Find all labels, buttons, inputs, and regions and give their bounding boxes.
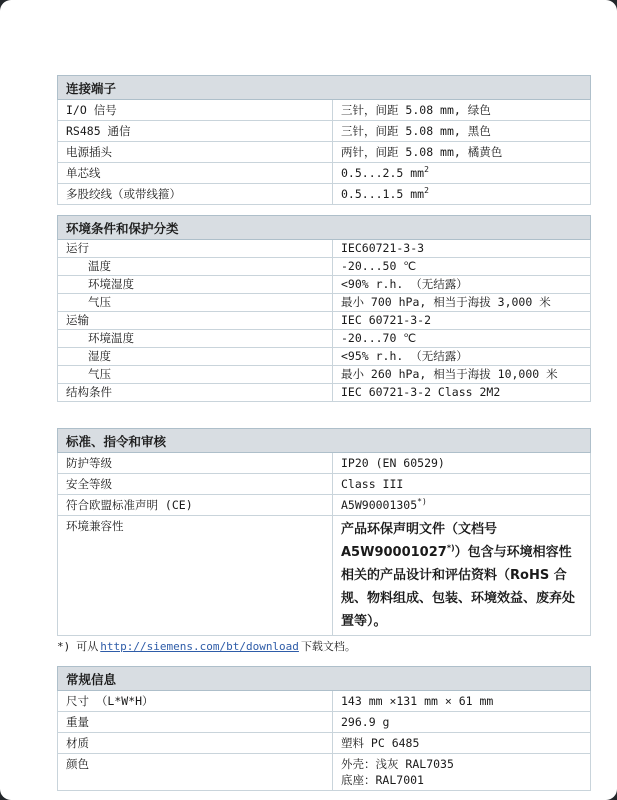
row-label: 重量 [58, 712, 333, 733]
download-link[interactable]: http://siemens.com/bt/download [100, 640, 299, 653]
standards-directives-table: 标准、指令和审核 防护等级 IP20 (EN 60529) 安全等级 Class… [57, 428, 591, 636]
general-info-table: 常规信息 尺寸 （L*W*H） 143 mm ×131 mm × 61 mm 重… [57, 666, 591, 791]
superscript: 2 [424, 165, 429, 174]
row-value: IEC60721-3-3 [333, 240, 591, 258]
table-title: 连接端子 [58, 76, 591, 100]
superscript: *) [417, 497, 427, 506]
row-label: 环境兼容性 [58, 516, 333, 636]
row-label: 环境湿度 [58, 276, 333, 294]
row-label: 单芯线 [58, 163, 333, 184]
row-value: IEC 60721-3-2 [333, 312, 591, 330]
footnote-marker: *) [57, 640, 70, 653]
table-row: 运输 IEC 60721-3-2 [58, 312, 591, 330]
table-row: 运行 IEC60721-3-3 [58, 240, 591, 258]
row-label: 符合欧盟标准声明 (CE) [58, 495, 333, 516]
row-label: 防护等级 [58, 453, 333, 474]
row-label: I/O 信号 [58, 100, 333, 121]
row-label: 结构条件 [58, 384, 333, 402]
table-row: 符合欧盟标准声明 (CE) A5W90001305*) [58, 495, 591, 516]
footnote-text-pre: 可从 [76, 640, 98, 653]
row-label: RS485 通信 [58, 121, 333, 142]
row-value: 三针，间距 5.08 mm, 绿色 [333, 100, 591, 121]
table-row: 多股绞线（或带线箍） 0.5...1.5 mm2 [58, 184, 591, 205]
table-row: 单芯线 0.5...2.5 mm2 [58, 163, 591, 184]
row-label: 气压 [58, 366, 333, 384]
table-row: 结构条件 IEC 60721-3-2 Class 2M2 [58, 384, 591, 402]
table-row: 气压 最小 700 hPa, 相当于海拔 3,000 米 [58, 294, 591, 312]
row-label: 材质 [58, 733, 333, 754]
table-row: 环境温度 -20...70 ℃ [58, 330, 591, 348]
row-label: 环境温度 [58, 330, 333, 348]
row-value: 产品环保声明文件（文档号 A5W90001027*)）包含与环境相容性相关的产品… [333, 516, 591, 636]
row-value: IP20 (EN 60529) [333, 453, 591, 474]
row-value: 296.9 g [333, 712, 591, 733]
table-row: 环境湿度 <90% r.h. （无结露） [58, 276, 591, 294]
table-row: I/O 信号 三针，间距 5.08 mm, 绿色 [58, 100, 591, 121]
environmental-compatibility-text: 产品环保声明文件（文档号 A5W90001027*)）包含与环境相容性相关的产品… [341, 522, 575, 629]
row-value: A5W90001305*) [333, 495, 591, 516]
row-label: 电源插头 [58, 142, 333, 163]
row-value: 塑料 PC 6485 [333, 733, 591, 754]
table-row: 电源插头 两针，间距 5.08 mm, 橘黄色 [58, 142, 591, 163]
row-label: 运输 [58, 312, 333, 330]
row-value: -20...50 ℃ [333, 258, 591, 276]
table-row: 温度 -20...50 ℃ [58, 258, 591, 276]
table-row: 环境兼容性 产品环保声明文件（文档号 A5W90001027*)）包含与环境相容… [58, 516, 591, 636]
table-row: 尺寸 （L*W*H） 143 mm ×131 mm × 61 mm [58, 691, 591, 712]
row-label: 温度 [58, 258, 333, 276]
table-header-row: 连接端子 [58, 76, 591, 100]
environmental-conditions-table: 环境条件和保护分类 运行 IEC60721-3-3 温度 -20...50 ℃ … [57, 215, 591, 402]
table-row: 气压 最小 260 hPa, 相当于海拔 10,000 米 [58, 366, 591, 384]
footnote-text-post: 下载文档。 [301, 640, 356, 653]
row-value: 0.5...2.5 mm2 [333, 163, 591, 184]
document-page: 连接端子 I/O 信号 三针，间距 5.08 mm, 绿色 RS485 通信 三… [0, 0, 617, 800]
row-label: 气压 [58, 294, 333, 312]
row-value: IEC 60721-3-2 Class 2M2 [333, 384, 591, 402]
table-header-row: 环境条件和保护分类 [58, 216, 591, 240]
row-value: 三针，间距 5.08 mm, 黑色 [333, 121, 591, 142]
row-value: -20...70 ℃ [333, 330, 591, 348]
row-value: 143 mm ×131 mm × 61 mm [333, 691, 591, 712]
row-label: 湿度 [58, 348, 333, 366]
row-value: 最小 260 hPa, 相当于海拔 10,000 米 [333, 366, 591, 384]
footnote: *)可从http://siemens.com/bt/download下载文档。 [57, 640, 590, 654]
row-value: 0.5...1.5 mm2 [333, 184, 591, 205]
row-value: 两针，间距 5.08 mm, 橘黄色 [333, 142, 591, 163]
row-value: 外壳：浅灰 RAL7035 底座：RAL7001 [333, 754, 591, 791]
row-value: <90% r.h. （无结露） [333, 276, 591, 294]
superscript: 2 [424, 186, 429, 195]
table-row: 重量 296.9 g [58, 712, 591, 733]
color-line-housing: 外壳：浅灰 RAL7035 [341, 756, 584, 772]
table-header-row: 常规信息 [58, 667, 591, 691]
table-row: 湿度 <95% r.h. （无结露） [58, 348, 591, 366]
row-label: 颜色 [58, 754, 333, 791]
row-value: <95% r.h. （无结露） [333, 348, 591, 366]
table-title: 常规信息 [58, 667, 591, 691]
row-label: 安全等级 [58, 474, 333, 495]
table-title: 标准、指令和审核 [58, 429, 591, 453]
row-label: 多股绞线（或带线箍） [58, 184, 333, 205]
color-line-base: 底座：RAL7001 [341, 772, 584, 788]
row-label: 尺寸 （L*W*H） [58, 691, 333, 712]
row-label: 运行 [58, 240, 333, 258]
table-row: 防护等级 IP20 (EN 60529) [58, 453, 591, 474]
table-header-row: 标准、指令和审核 [58, 429, 591, 453]
row-value: Class III [333, 474, 591, 495]
table-row: RS485 通信 三针，间距 5.08 mm, 黑色 [58, 121, 591, 142]
table-row: 颜色 外壳：浅灰 RAL7035 底座：RAL7001 [58, 754, 591, 791]
row-value: 最小 700 hPa, 相当于海拔 3,000 米 [333, 294, 591, 312]
table-row: 安全等级 Class III [58, 474, 591, 495]
table-title: 环境条件和保护分类 [58, 216, 591, 240]
connection-terminals-table: 连接端子 I/O 信号 三针，间距 5.08 mm, 绿色 RS485 通信 三… [57, 75, 591, 205]
table-row: 材质 塑料 PC 6485 [58, 733, 591, 754]
superscript: *) [447, 544, 455, 553]
